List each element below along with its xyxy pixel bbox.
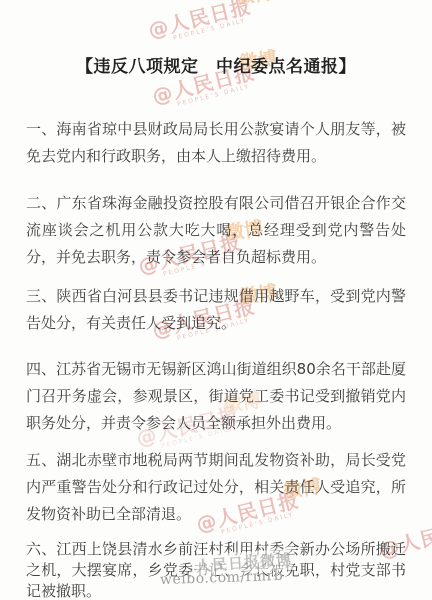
notice-item-5: 五、湖北赤壁市地税局两节期间乱发物资补助，局长受党内严重警告处分和行政记过处分，…: [26, 447, 406, 528]
notice-item-1: 一、海南省琼中县财政局局长用公款宴请个人朋友等，被免去党内和行政职务，由本人上缴…: [26, 116, 406, 170]
notice-title: 【违反八项规定 中纪委点名通报】: [0, 52, 432, 77]
people-daily-subtext-watermark: PEOPLE'S DAILY: [177, 82, 259, 108]
notice-item-4: 四、江苏省无锡市无锡新区鸿山街道组织80余名干部赴厦门召开务虚会，参观景区，街道…: [26, 356, 406, 437]
people-daily-subtext-watermark: PEOPLE'S DAILY: [173, 16, 255, 42]
notice-item-3: 三、陕西省白河县县委书记违规借用越野车，受到党内警告处分，有关责任人受到追究。: [26, 283, 406, 337]
notice-item-2: 二、广东省珠海金融投资控股有限公司借召开银企合作交流座谈会之机用公款大吃大喝，总…: [26, 190, 406, 271]
weibo-seal-watermark: 微博: [234, 0, 274, 8]
people-daily-watermark: @人民日报 PEOPLE'S DAILY 微博: [146, 0, 254, 47]
people-daily-handle-watermark: @人民日报: [146, 0, 253, 41]
weibo-notice-image: @人民日报 PEOPLE'S DAILY 微博 @人民日报 PEOPLE'S D…: [0, 0, 432, 600]
